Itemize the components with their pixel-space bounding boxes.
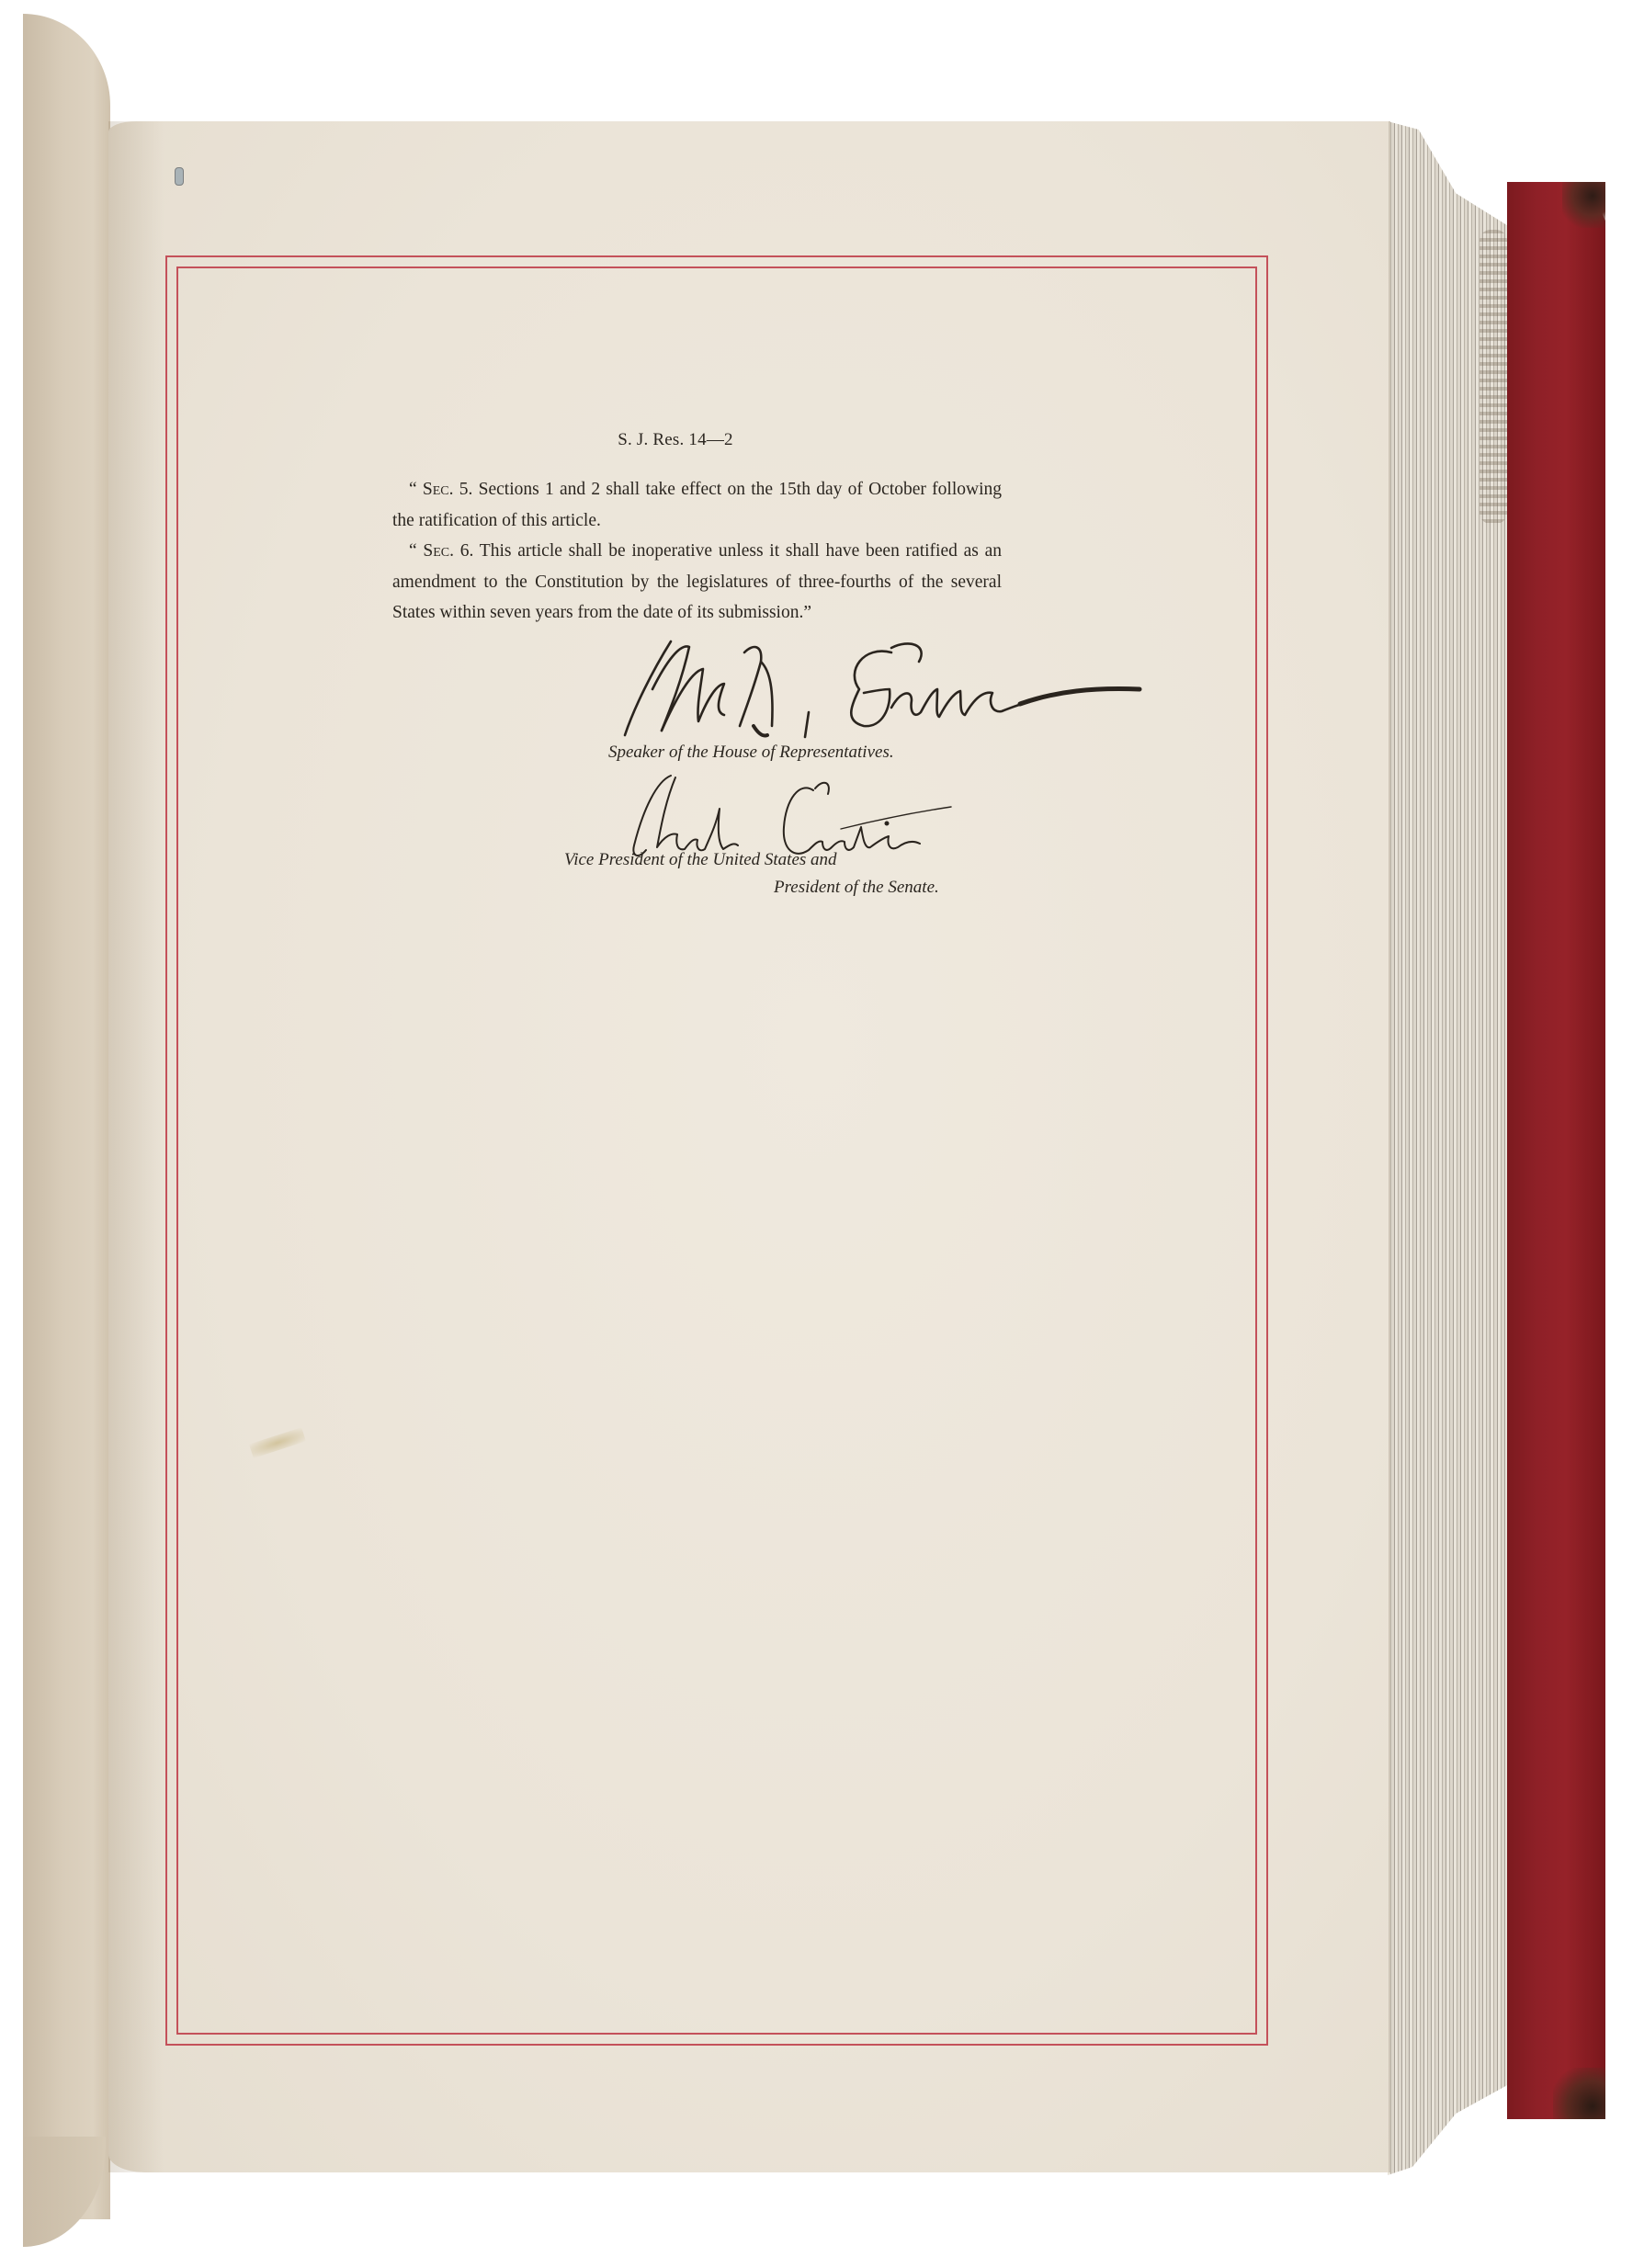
signature-garner (616, 634, 1149, 748)
gilt-edge-emboss (1480, 230, 1507, 524)
speaker-title: Speaker of the House of Representatives. (608, 743, 894, 763)
section-label: Sec. 5. (423, 480, 473, 499)
resolution-body: “ Sec. 5. Sections 1 and 2 shall take ef… (392, 474, 1002, 629)
vice-president-title-line-1: Vice President of the United States and (564, 850, 837, 870)
section-label: Sec. 6. (423, 541, 473, 561)
section-5: “ Sec. 5. Sections 1 and 2 shall take ef… (392, 474, 1002, 536)
resolution-heading: S. J. Res. 14—2 (0, 430, 1351, 450)
red-cover-binding (1507, 182, 1605, 2119)
left-curled-page (23, 14, 110, 2219)
binding-hole-icon (175, 167, 184, 186)
book-photograph: S. J. Res. 14—2 “ Sec. 5. Sections 1 and… (0, 0, 1644, 2268)
section-text: Sections 1 and 2 shall take effect on th… (392, 480, 1002, 530)
signature-garner-stroke-icon (616, 634, 1149, 744)
binding-worn-corner-bottom (1553, 2068, 1605, 2119)
vice-president-title-line-2: President of the Senate. (774, 878, 939, 898)
section-6: “ Sec. 6. This article shall be inoperat… (392, 536, 1002, 629)
binding-worn-corner-top (1562, 182, 1605, 228)
section-text: This article shall be inoperative unless… (392, 541, 1002, 622)
